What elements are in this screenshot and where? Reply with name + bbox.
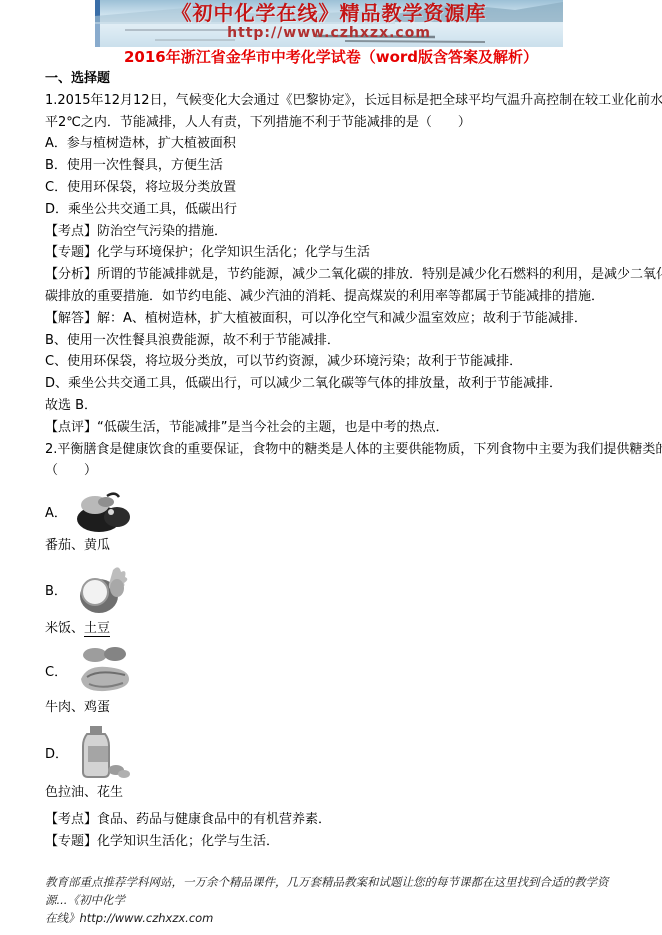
tomato-cucumber-image	[73, 487, 135, 535]
q2-option-a-caption: 番茄、黄瓜	[45, 535, 620, 557]
q1-zhuanti: 【专题】化学与环境保护；化学知识生活化；化学与生活	[45, 242, 620, 264]
rice-potato-image	[73, 562, 133, 618]
q2-stem-line1: 2.平衡膳食是健康饮食的重要保证，食物中的糖类是人体的主要供能物质，下列食物中主…	[45, 439, 620, 461]
q2-option-c-label: C．	[45, 661, 67, 680]
section-heading: 一、选择题	[45, 68, 620, 90]
q2-option-c: C．	[45, 645, 620, 697]
q2-option-d-caption: 色拉油、花生	[45, 782, 620, 804]
footer-line1: 教育部重点推荐学科网站，一万余个精品课件，几万套精品教案和试题让您的每节课都在这…	[45, 873, 622, 909]
footer-line2: 在线》http://www.czhxzx.com	[45, 909, 622, 927]
q2-kaodian: 【考点】食品、药品与健康食品中的有机营养素．	[45, 809, 620, 831]
q1-stem-line1: 1.2015年12月12日，气候变化大会通过《巴黎协定》，长远目标是把全球平均气…	[45, 90, 620, 112]
document-body: 一、选择题 1.2015年12月12日，气候变化大会通过《巴黎协定》，长远目标是…	[45, 68, 620, 853]
q2-zhuanti: 【专题】化学知识生活化；化学与生活．	[45, 831, 620, 853]
document-title: 2016年浙江省金华市中考化学试卷（word版含答案及解析）	[0, 48, 662, 67]
q2-option-a: A．	[45, 487, 620, 535]
q1-stem-line2: 平2℃之内．节能减排，人人有责，下列措施不利于节能减排的是（ ）	[45, 112, 620, 134]
q1-kaodian: 【考点】防治空气污染的措施．	[45, 221, 620, 243]
q1-jieda-a: 【解答】解：A、植树造林，扩大植被面积，可以净化空气和减少温室效应；故利于节能减…	[45, 308, 620, 330]
q2-option-d: D．	[45, 724, 620, 782]
q2-option-b-caption: 米饭、土豆	[45, 618, 620, 640]
beef-egg-image	[73, 645, 135, 697]
q1-answer: 故选 B．	[45, 395, 620, 417]
q1-fenxi-line2: 碳排放的重要措施．如节约电能、减少汽油的消耗、提高煤炭的利用率等都属于节能减排的…	[45, 286, 620, 308]
oil-bottle-peanut-image	[74, 724, 132, 782]
site-banner: 《初中化学在线》精品教学资源库 http://www.czhxzx.com	[95, 0, 563, 47]
q2-option-a-label: A．	[45, 502, 67, 521]
q2-option-c-caption: 牛肉、鸡蛋	[45, 697, 620, 719]
q1-dianping: 【点评】“低碳生活，节能减排”是当今社会的主题，也是中考的热点．	[45, 417, 620, 439]
q1-fenxi-line1: 【分析】所谓的节能减排就是，节约能源，减少二氧化碳的排放．特别是减少化石燃料的利…	[45, 264, 620, 286]
page-footer: 教育部重点推荐学科网站，一万余个精品课件，几万套精品教案和试题让您的每节课都在这…	[45, 873, 622, 927]
q1-jieda-c: C、使用环保袋，将垃圾分类放，可以节约资源，减少环境污染；故利于节能减排．	[45, 351, 620, 373]
q2-option-b: B．	[45, 562, 620, 618]
q2-stem-line2: （ ）	[45, 460, 620, 482]
banner-site-url: http://www.czhxzx.com	[95, 25, 563, 41]
q1-jieda-b: B、使用一次性餐具浪费能源，故不利于节能减排．	[45, 330, 620, 352]
q2-option-d-label: D．	[45, 743, 68, 762]
q2-option-b-label: B．	[45, 580, 67, 599]
q1-option-a: A．参与植树造林，扩大植被面积	[45, 133, 620, 155]
q1-option-c: C．使用环保袋，将垃圾分类放置	[45, 177, 620, 199]
q1-option-d: D．乘坐公共交通工具，低碳出行	[45, 199, 620, 221]
q1-jieda-d: D、乘坐公共交通工具，低碳出行，可以减少二氧化碳等气体的排放量，故利于节能减排．	[45, 373, 620, 395]
banner-site-name: 《初中化学在线》精品教学资源库	[95, 1, 563, 25]
q1-option-b: B．使用一次性餐具，方便生活	[45, 155, 620, 177]
